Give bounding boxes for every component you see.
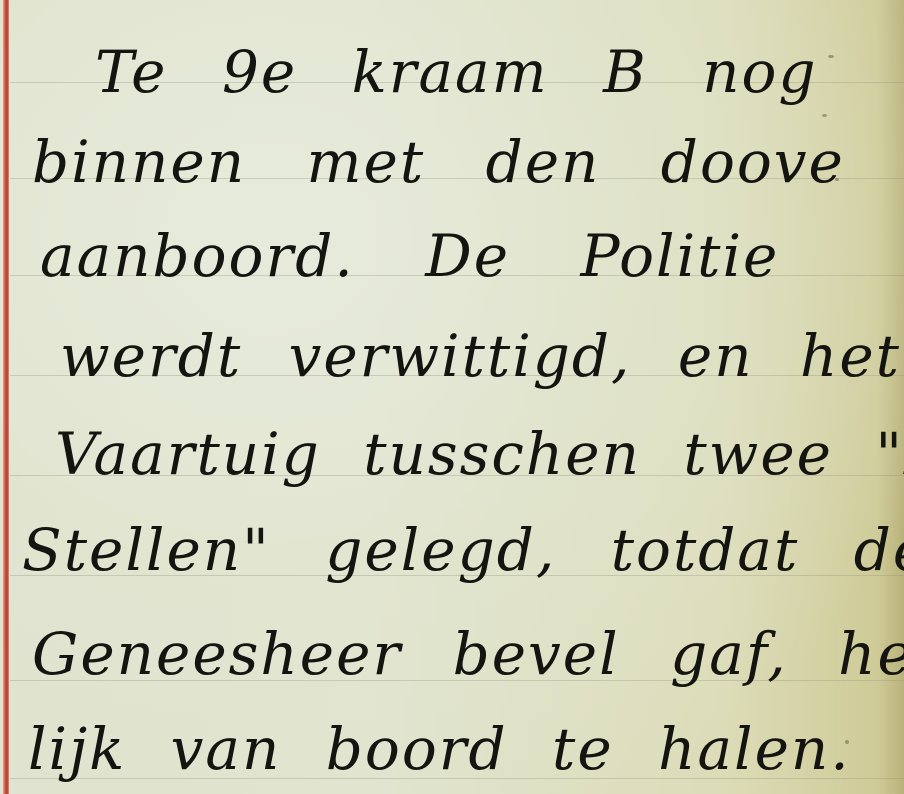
ink-speck [822, 114, 827, 117]
red-margin-line [3, 0, 9, 794]
manuscript-page: Te 9e kraam B nog binnen met den doove a… [0, 0, 904, 794]
handwritten-line-4: werdt verwittigd, en het [60, 322, 901, 390]
handwritten-line-2: binnen met den doove [32, 128, 845, 196]
handwritten-line-5: Vaartuig tusschen twee "Meer [55, 420, 904, 488]
handwritten-line-7: Geneesheer bevel gaf, het [32, 620, 904, 688]
handwritten-line-8: lijk van boord te halen. [28, 715, 851, 783]
handwritten-line-1: Te 9e kraam B nog [95, 38, 818, 106]
handwritten-line-3: aanboord. De Politie [40, 222, 779, 290]
handwritten-line-6: Stellen" gelegd, totdat de [22, 516, 904, 584]
ink-speck [828, 55, 834, 58]
